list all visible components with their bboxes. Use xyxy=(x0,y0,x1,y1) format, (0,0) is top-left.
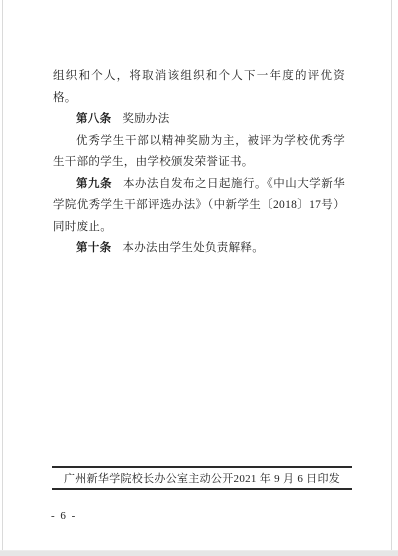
paragraph-text: 本办法由学生处负责解释。 xyxy=(122,242,264,254)
paragraph-continuation: 组织和个人，将取消该组织和个人下一年度的评优资格。 xyxy=(53,66,345,109)
document-body: 组织和个人，将取消该组织和个人下一年度的评优资格。 第八条奖励办法 优秀学生干部… xyxy=(53,66,345,260)
footer-issuer: 广州新华学院校长办公室 xyxy=(64,470,188,486)
page-edge-right xyxy=(391,0,392,551)
page-edge-bottom-shadow xyxy=(0,550,398,556)
paragraph-article-9: 第九条本办法自发布之日起施行。《中山大学新华学院优秀学生干部评选办法》（中新学生… xyxy=(53,174,345,239)
page-number: - 6 - xyxy=(51,510,77,522)
document-page: 组织和个人，将取消该组织和个人下一年度的评优资格。 第八条奖励办法 优秀学生干部… xyxy=(0,0,398,556)
article-label: 第八条 xyxy=(76,113,111,125)
article-label: 第九条 xyxy=(76,178,112,190)
document-footer: 广州新华学院校长办公室 主动公开 2021 年 9 月 6 日印发 xyxy=(52,466,352,490)
footer-disclosure: 主动公开 xyxy=(188,470,233,486)
paragraph-text: 奖励办法 xyxy=(122,113,169,125)
footer-print-date: 2021 年 9 月 6 日印发 xyxy=(234,470,341,486)
article-label: 第十条 xyxy=(76,242,111,254)
paragraph-article-8: 第八条奖励办法 xyxy=(53,109,345,131)
paragraph-text: 组织和个人，将取消该组织和个人下一年度的评优资格。 xyxy=(53,70,345,104)
paragraph-text: 优秀学生干部以精神奖励为主，被评为学校优秀学生干部的学生，由学校颁发荣誉证书。 xyxy=(53,135,345,169)
page-edge-left xyxy=(2,0,3,551)
paragraph-article-10: 第十条本办法由学生处负责解释。 xyxy=(53,238,345,260)
paragraph-article-8-body: 优秀学生干部以精神奖励为主，被评为学校优秀学生干部的学生，由学校颁发荣誉证书。 xyxy=(53,131,345,174)
